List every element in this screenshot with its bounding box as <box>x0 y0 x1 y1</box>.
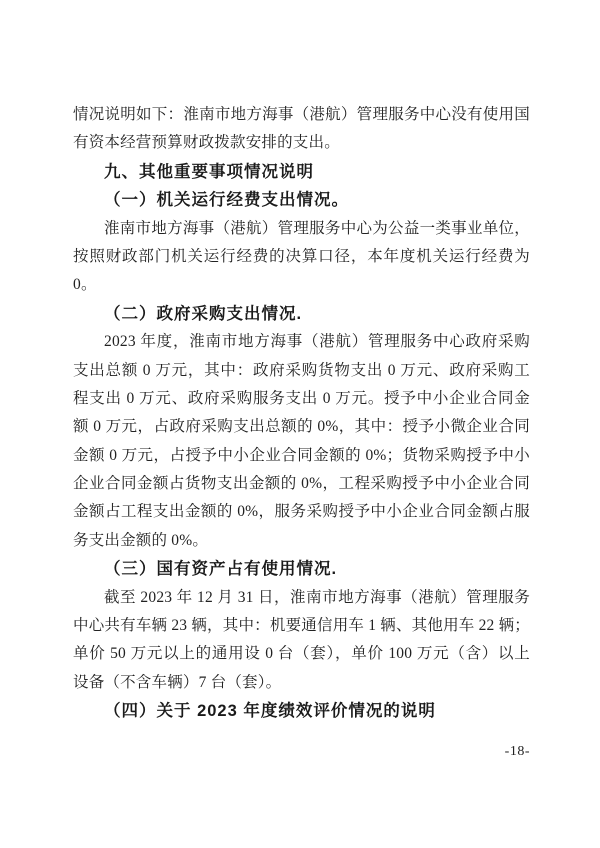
body-text-line: 2023 年度，淮南市地方海事（港航）管理服务中心政府采购 <box>73 328 530 356</box>
body-text-line: 企业合同金额占货物支出金额的 0%，工程采购授予中小企业合同 <box>73 470 530 498</box>
body-text-line: 0。 <box>73 271 530 299</box>
body-text-line: 金额 0 万元，占授予中小企业合同金额的 0%；货物采购授予中小 <box>73 442 530 470</box>
body-text-line: 单价 50 万元以上的通用设 0 台（套），单价 100 万元（含）以上 <box>73 640 530 668</box>
body-text-line: 额 0 万元，占政府采购支出总额的 0%，其中：授予小微企业合同 <box>73 413 530 441</box>
document-body: 情况说明如下：淮南市地方海事（港航）管理服务中心没有使用国 有资本经营预算财政拨… <box>73 101 530 726</box>
heading-sub-4: （四）关于 2023 年度绩效评价情况的说明 <box>73 697 530 725</box>
body-text-line: 程支出 0 万元、政府采购服务支出 0 万元。授予中小企业合同金 <box>73 385 530 413</box>
body-text-line: 情况说明如下：淮南市地方海事（港航）管理服务中心没有使用国 <box>73 101 530 129</box>
body-text-line: 淮南市地方海事（港航）管理服务中心为公益一类事业单位， <box>73 215 530 243</box>
body-text-line: 务支出金额的 0%。 <box>73 527 530 555</box>
body-text-line: 支出总额 0 万元，其中：政府采购货物支出 0 万元、政府采购工 <box>73 357 530 385</box>
body-text-line: 设备（不含车辆）7 台（套）。 <box>73 669 530 697</box>
body-text-line: 截至 2023 年 12 月 31 日，淮南市地方海事（港航）管理服务 <box>73 584 530 612</box>
page-number: -18- <box>505 744 530 760</box>
body-text-line: 有资本经营预算财政拨款安排的支出。 <box>73 129 530 157</box>
document-page: 情况说明如下：淮南市地方海事（港航）管理服务中心没有使用国 有资本经营预算财政拨… <box>0 0 600 848</box>
body-text-line: 金额占工程支出金额的 0%，服务采购授予中小企业合同金额占服 <box>73 498 530 526</box>
heading-section-nine: 九、其他重要事项情况说明 <box>73 158 530 186</box>
body-text-line: 按照财政部门机关运行经费的决算口径，本年度机关运行经费为 <box>73 243 530 271</box>
heading-sub-3: （三）国有资产占有使用情况. <box>73 555 530 583</box>
heading-sub-1: （一）机关运行经费支出情况。 <box>73 186 530 214</box>
body-text-line: 中心共有车辆 23 辆，其中：机要通信用车 1 辆、其他用车 22 辆； <box>73 612 530 640</box>
heading-sub-2: （二）政府采购支出情况. <box>73 300 530 328</box>
